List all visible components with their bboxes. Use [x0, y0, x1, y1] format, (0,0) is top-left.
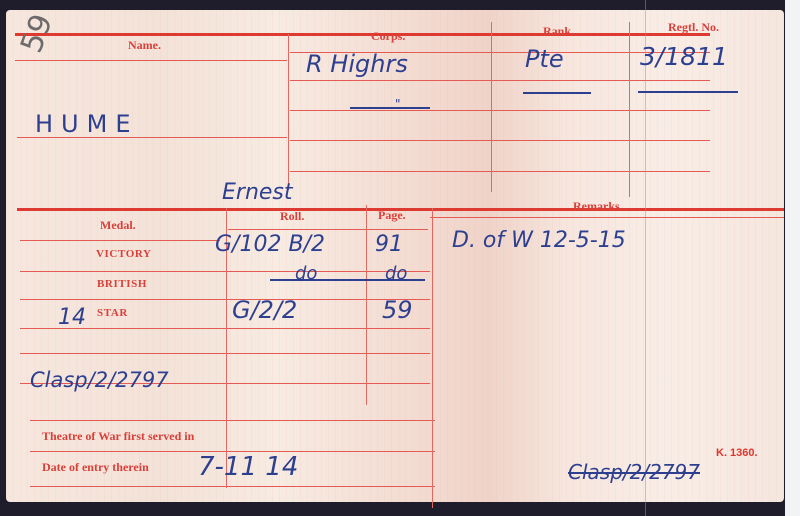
name-header-line [15, 60, 287, 61]
forename: Ernest [222, 180, 293, 205]
medal-british-label: British [97, 278, 147, 290]
regtl-no-value: 3/1811 [640, 42, 728, 71]
british-roll: do [295, 263, 317, 284]
corps-row3-line [290, 140, 710, 141]
date-row-line [30, 486, 435, 487]
surname: HUME [35, 110, 138, 138]
star-roll: G/2/2 [232, 296, 297, 324]
star-prefix: 14 [58, 305, 86, 330]
roll-header-line [228, 229, 428, 230]
page-divider [366, 205, 367, 405]
pencil-mark: 59 [14, 10, 60, 58]
medal-star-label: Star [97, 307, 128, 319]
british-row-line [20, 299, 430, 300]
star-page: 59 [382, 296, 413, 324]
corps-ditto: " [395, 97, 401, 111]
corps-row1-line [290, 80, 710, 81]
medal-victory-label: Victory [96, 248, 152, 260]
corps-row2-line [290, 110, 710, 111]
british-page: do [385, 263, 407, 284]
theatre-label: Theatre of War first served in [42, 429, 194, 444]
regtl-divider [629, 22, 630, 197]
card-grid: 59 Name. Corps. Rank. Regtl. No. Medal. … [0, 0, 800, 516]
victory-row-line [20, 271, 430, 272]
corps-header: Corps. [371, 29, 405, 44]
rank-divider [491, 22, 492, 192]
corps-ditto-line [350, 107, 430, 109]
medal-header-line [20, 240, 220, 241]
blank-row3-line [30, 420, 435, 421]
rank-value: Pte [525, 45, 564, 73]
clasp-struck-entry: Clasp/2/2797 [568, 460, 700, 484]
remarks-value: D. of W 12-5-15 [452, 228, 626, 253]
date-entry-value: 7-11 14 [198, 452, 298, 482]
clasp-entry: Clasp/2/2797 [30, 368, 169, 392]
roll-header: Roll. [280, 209, 304, 224]
scan-crease [645, 0, 646, 516]
regtl-no-ditto-line [638, 91, 738, 93]
page-header: Page. [378, 208, 406, 223]
remarks-divider [432, 208, 433, 508]
rank-header: Rank. [543, 24, 574, 39]
corps-row4-line [290, 171, 710, 172]
blank-row1-line [20, 353, 430, 354]
remarks-header-line [430, 217, 784, 218]
date-entry-label: Date of entry therein [42, 460, 149, 475]
victory-roll: G/102 B/2 [215, 232, 325, 257]
corps-divider [288, 34, 289, 190]
regtl-no-header: Regtl. No. [668, 20, 719, 35]
medal-header: Medal. [100, 218, 136, 233]
name-header: Name. [128, 38, 161, 53]
form-code: K. 1360. [716, 447, 758, 459]
victory-page: 91 [375, 232, 403, 257]
remarks-header: Remarks. [573, 199, 623, 214]
rank-ditto-line [523, 92, 591, 94]
corps-value: R Highrs [306, 50, 408, 78]
top-border-line [15, 33, 710, 36]
